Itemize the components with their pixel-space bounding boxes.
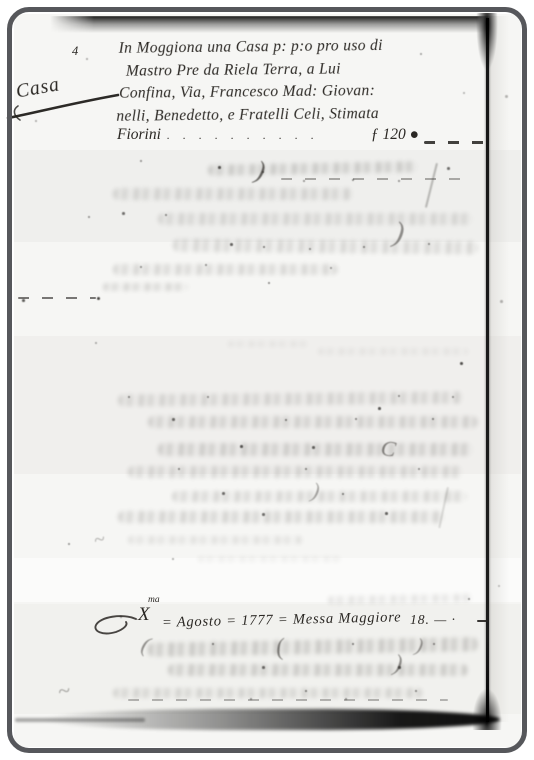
footer-amount: 18. — · bbox=[410, 612, 456, 628]
entry-paragraph: In Moggiona una Casa p: p:o pro uso di M… bbox=[119, 34, 454, 128]
bottom-edge-line bbox=[15, 718, 145, 722]
valuation-amount: ƒ 120 ● bbox=[371, 126, 419, 144]
top-scan-shadow bbox=[50, 16, 490, 33]
valuation-word: Fiorini bbox=[117, 126, 161, 144]
paper-band bbox=[14, 336, 521, 474]
paper-band bbox=[14, 558, 521, 604]
footer-text: = Agosto = 1777 = Messa Maggiore bbox=[162, 609, 402, 631]
fold-top-ink-blob bbox=[476, 13, 498, 71]
entry-number: 4 bbox=[72, 44, 78, 59]
manuscript-scan-page: ))C)())(~~ 4 Casa In Moggiona una Casa p… bbox=[0, 0, 534, 760]
valuation-line: Fiorini . . . . . . . . . . ƒ 120 ● bbox=[117, 126, 419, 144]
footer-flourish bbox=[92, 612, 138, 640]
entry-line: nelli, Benedetto, e Fratelli Celi, Stima… bbox=[116, 102, 453, 128]
paper-band bbox=[14, 150, 521, 242]
footer-prefix: X bbox=[138, 604, 150, 626]
fold-bottom-ink-blob bbox=[472, 688, 502, 730]
footer-date-line: X ma = Agosto = 1777 = Messa Maggiore 18… bbox=[92, 600, 502, 652]
dotted-leader: . . . . . . . . . . bbox=[167, 128, 365, 143]
margin-flourish-stroke bbox=[6, 90, 122, 122]
footer-superscript: ma bbox=[148, 595, 160, 605]
